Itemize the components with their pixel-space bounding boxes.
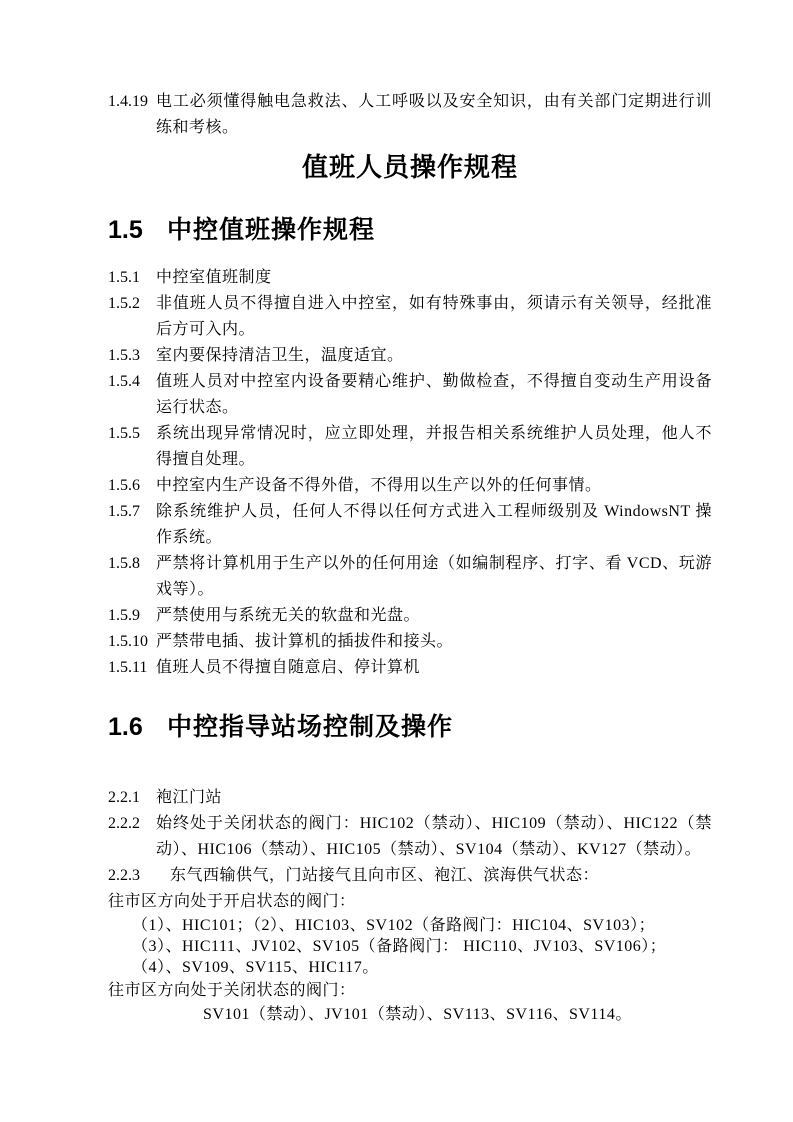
item-number: 1.5.5 xyxy=(108,421,156,473)
item-text: 非值班人员不得擅自进入中控室，如有特殊事由，须请示有关领导，经批准后方可入内。 xyxy=(156,291,712,343)
item-number: 1.5.7 xyxy=(108,499,156,551)
item-text: 严禁带电插、拔计算机的插拔件和接头。 xyxy=(156,629,712,655)
list-item-2-2-1: 2.2.1 袍江门站 xyxy=(108,785,712,811)
list-item-1-5-9: 1.5.9 严禁使用与系统无关的软盘和光盘。 xyxy=(108,603,712,629)
list-item-1-5-3: 1.5.3 室内要保持清洁卫生，温度适宜。 xyxy=(108,343,712,369)
item-number: 1.5.6 xyxy=(108,473,156,499)
document-title: 值班人员操作规程 xyxy=(108,150,712,184)
list-item-1-5-10: 1.5.10 严禁带电插、拔计算机的插拔件和接头。 xyxy=(108,629,712,655)
list-item-1-5-2: 1.5.2 非值班人员不得擅自进入中控室，如有特殊事由，须请示有关领导，经批准后… xyxy=(108,291,712,343)
list-item-1-5-5: 1.5.5 系统出现异常情况时，应立即处理，并报告相关系统维护人员处理，他人不得… xyxy=(108,421,712,473)
section-number: 1.6 xyxy=(108,710,167,744)
item-text: 电工必须懂得触电急救法、人工呼吸以及安全知识，由有关部门定期进行训练和考核。 xyxy=(156,89,712,141)
item-text: 严禁使用与系统无关的软盘和光盘。 xyxy=(156,603,712,629)
item-text: 中控室内生产设备不得外借，不得用以生产以外的任何事情。 xyxy=(156,473,712,499)
list-item-1-5-1: 1.5.1 中控室值班制度 xyxy=(108,265,712,291)
item-text: 值班人员对中控室内设备要精心维护、勤做检查，不得擅自变动生产用设备运行状态。 xyxy=(156,369,712,421)
item-number: 2.2.1 xyxy=(108,785,156,811)
section-number: 1.5 xyxy=(108,213,167,247)
open-valves-label: 往市区方向处于开启状态的阀门： xyxy=(108,889,712,915)
section-heading-1-6: 1.6 中控指导站场控制及操作 xyxy=(108,710,712,744)
item-number: 1.5.2 xyxy=(108,291,156,343)
list-item-1-5-4: 1.5.4 值班人员对中控室内设备要精心维护、勤做检查，不得擅自变动生产用设备运… xyxy=(108,369,712,421)
closed-valves-line-1: SV101（禁动）、JV101（禁动）、SV113、SV116、SV114。 xyxy=(108,1004,712,1025)
list-item-2-2-3: 2.2.3 东气西输供气，门站接气且向市区、袍江、滨海供气状态： xyxy=(108,863,712,889)
item-text: 东气西输供气，门站接气且向市区、袍江、滨海供气状态： xyxy=(170,863,712,889)
open-valves-line-1: （1）、HIC101；（2）、HIC103、SV102（备路阀门：HIC104、… xyxy=(108,915,712,936)
section-title: 中控指导站场控制及操作 xyxy=(167,710,712,744)
list-item-1-4-19: 1.4.19 电工必须懂得触电急救法、人工呼吸以及安全知识，由有关部门定期进行训… xyxy=(108,89,712,141)
item-text: 中控室值班制度 xyxy=(156,265,712,291)
item-text: 值班人员不得擅自随意启、停计算机 xyxy=(156,655,712,681)
page-content: 1.4.19 电工必须懂得触电急救法、人工呼吸以及安全知识，由有关部门定期进行训… xyxy=(0,0,793,1025)
item-number: 2.2.2 xyxy=(108,811,156,863)
list-item-1-5-8: 1.5.8 严禁将计算机用于生产以外的任何用途（如编制程序、打字、看 VCD、玩… xyxy=(108,551,712,603)
list-item-1-5-6: 1.5.6 中控室内生产设备不得外借，不得用以生产以外的任何事情。 xyxy=(108,473,712,499)
item-text: 除系统维护人员，任何人不得以任何方式进入工程师级别及 WindowsNT 操作系… xyxy=(156,499,712,551)
item-text: 严禁将计算机用于生产以外的任何用途（如编制程序、打字、看 VCD、玩游戏等）。 xyxy=(156,551,712,603)
item-number: 1.5.8 xyxy=(108,551,156,603)
item-text: 系统出现异常情况时，应立即处理，并报告相关系统维护人员处理，他人不得擅自处理。 xyxy=(156,421,712,473)
list-item-2-2-2: 2.2.2 始终处于关闭状态的阀门：HIC102（禁动）、HIC109（禁动）、… xyxy=(108,811,712,863)
item-number: 1.5.9 xyxy=(108,603,156,629)
closed-valves-label: 往市区方向处于关闭状态的阀门： xyxy=(108,978,712,1004)
item-number: 1.5.1 xyxy=(108,265,156,291)
item-number: 1.5.3 xyxy=(108,343,156,369)
list-item-1-5-7: 1.5.7 除系统维护人员，任何人不得以任何方式进入工程师级别及 Windows… xyxy=(108,499,712,551)
item-number: 1.4.19 xyxy=(108,89,156,141)
open-valves-line-2: （3）、HIC111、JV102、SV105（备路阀门： HIC110、JV10… xyxy=(108,936,712,957)
section-title: 中控值班操作规程 xyxy=(167,213,712,247)
list-item-1-5-11: 1.5.11 值班人员不得擅自随意启、停计算机 xyxy=(108,655,712,681)
section-heading-1-5: 1.5 中控值班操作规程 xyxy=(108,213,712,247)
item-number: 1.5.10 xyxy=(108,629,156,655)
item-number: 1.5.11 xyxy=(108,655,156,681)
item-number: 1.5.4 xyxy=(108,369,156,421)
item-text: 袍江门站 xyxy=(156,785,712,811)
item-text: 室内要保持清洁卫生，温度适宜。 xyxy=(156,343,712,369)
document-page: 1.4.19 电工必须懂得触电急救法、人工呼吸以及安全知识，由有关部门定期进行训… xyxy=(0,0,793,1122)
item-text: 始终处于关闭状态的阀门：HIC102（禁动）、HIC109（禁动）、HIC122… xyxy=(156,811,712,863)
open-valves-line-3: （4）、SV109、SV115、HIC117。 xyxy=(108,957,712,978)
item-number: 2.2.3 xyxy=(108,863,170,889)
